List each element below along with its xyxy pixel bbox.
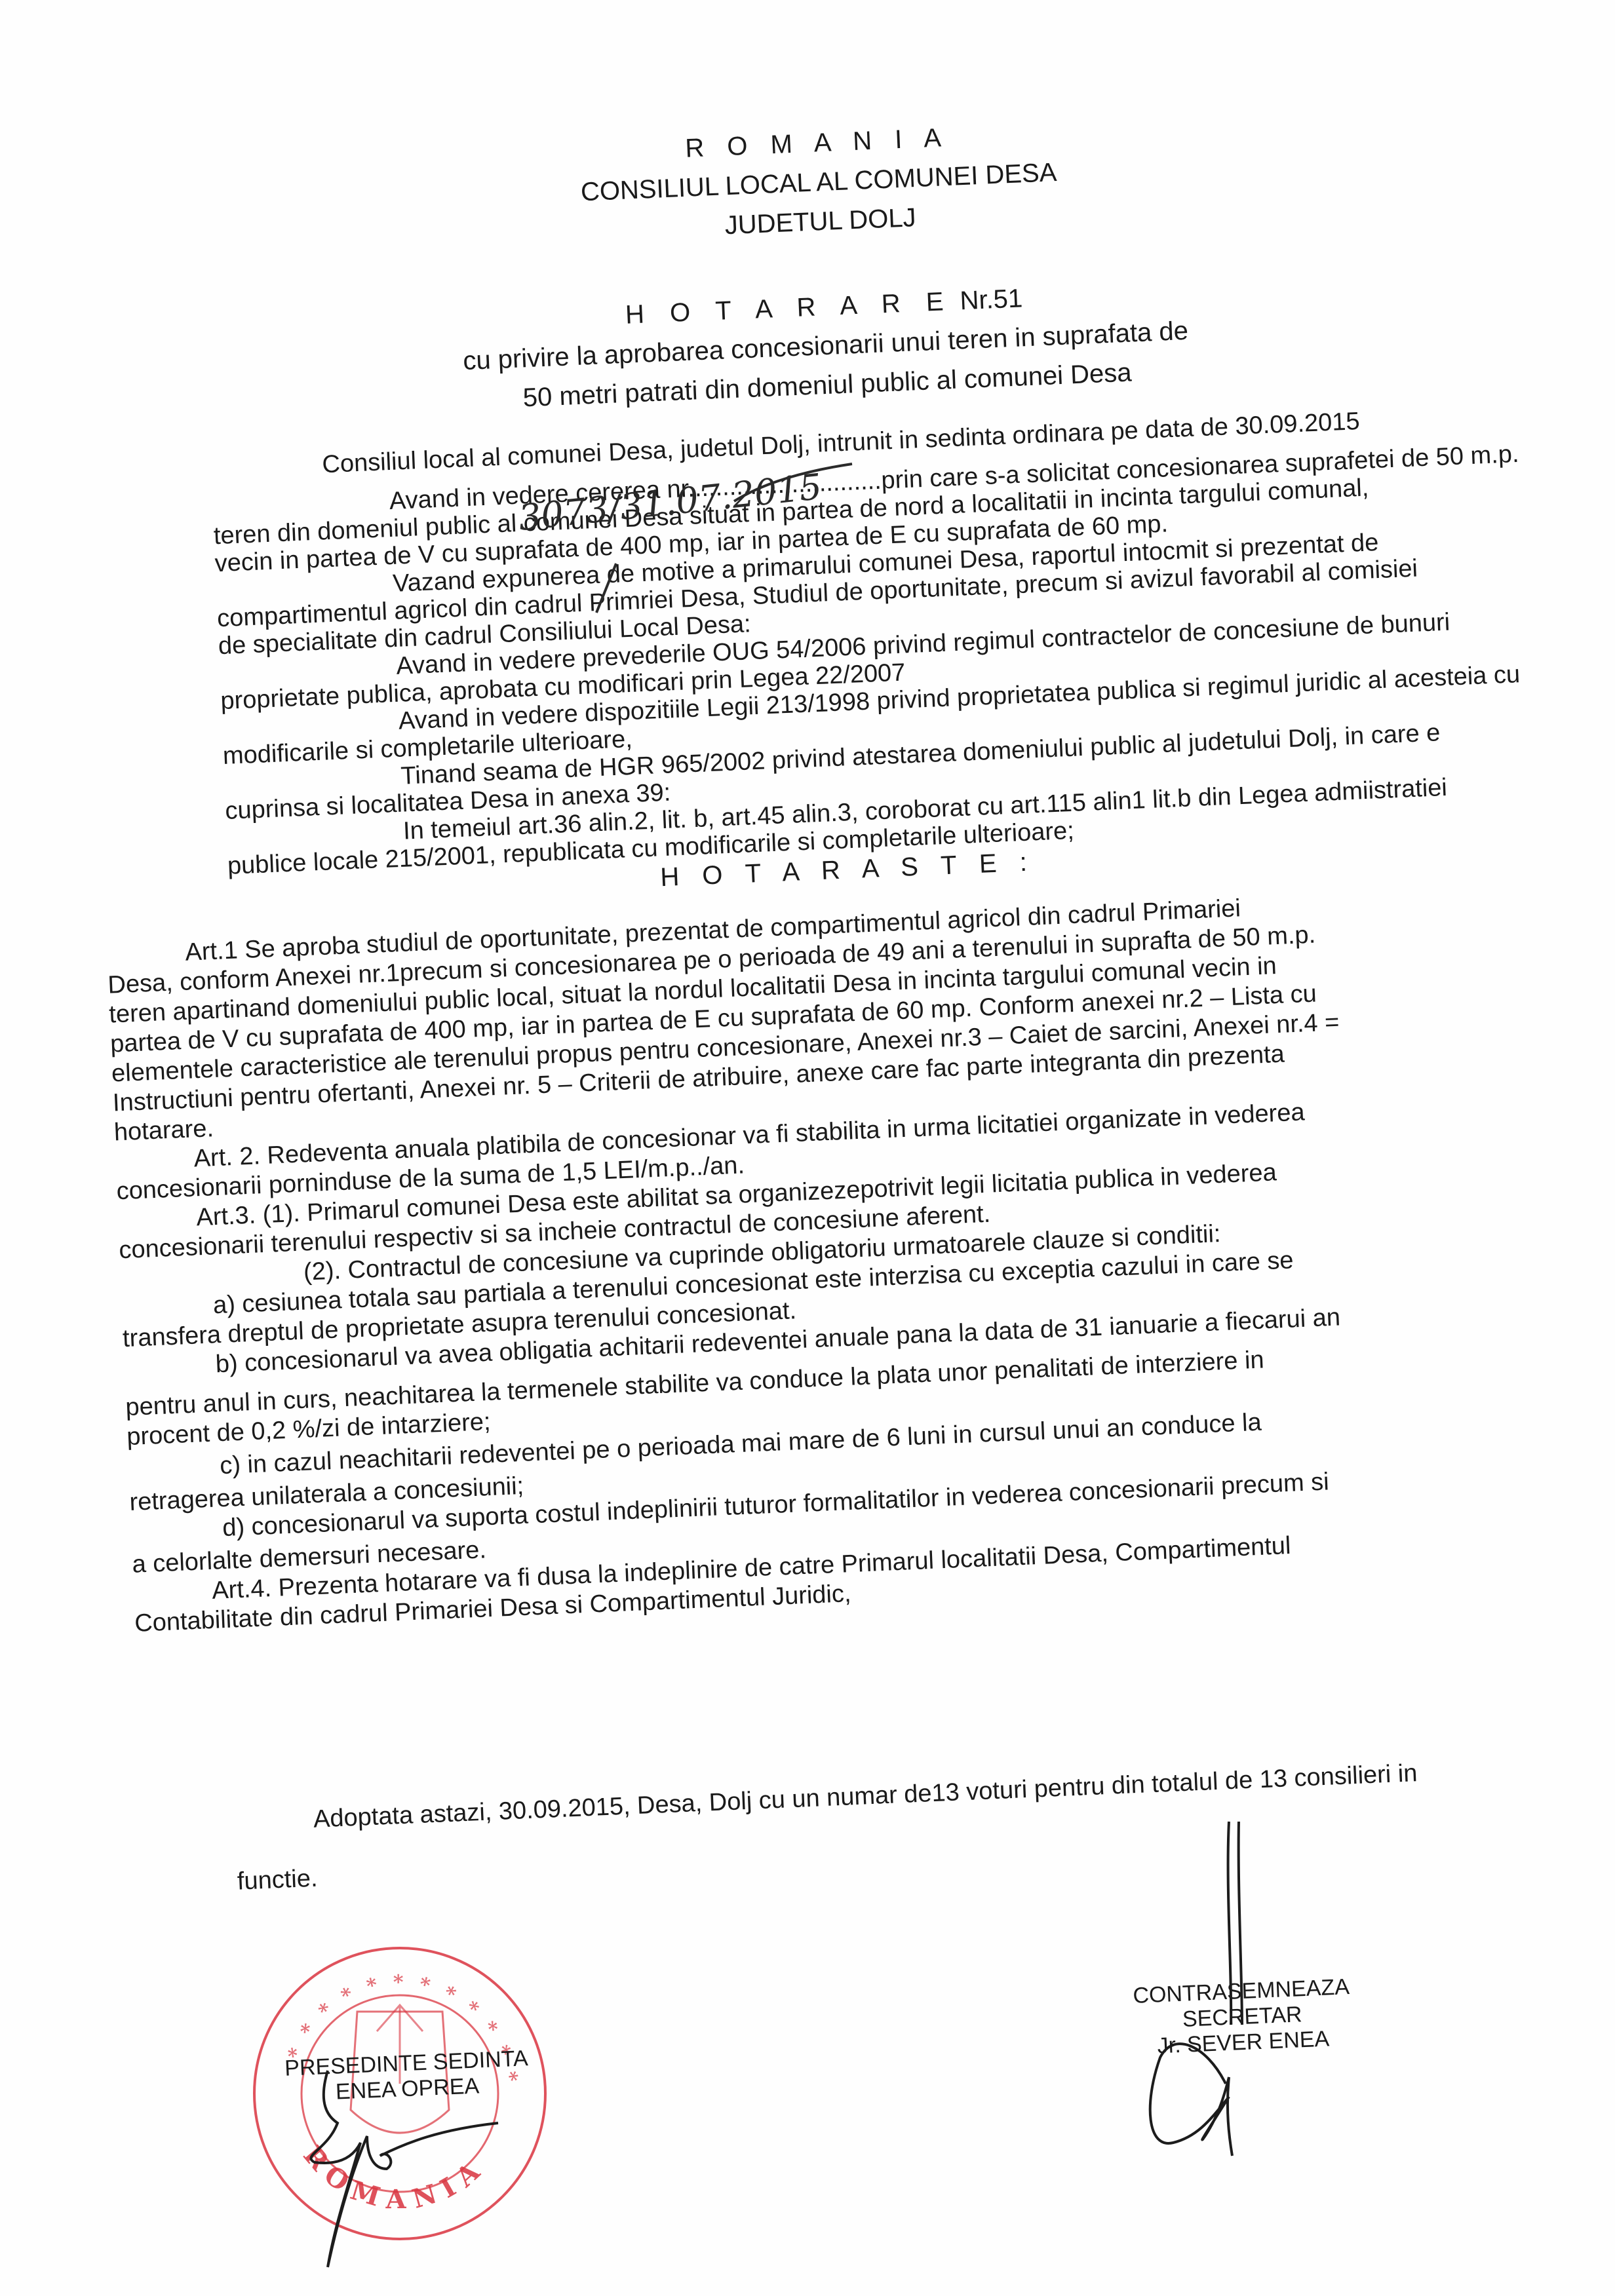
presiding-signature-block: PRESEDINTE SEDINTA ENEA OPREA bbox=[284, 2046, 530, 2107]
article-line: hotarare. bbox=[113, 1116, 214, 1145]
secretary-signature-block: CONTRASEMNEAZA SECRETAR Jr. SEVER ENEA bbox=[1133, 1974, 1352, 2060]
svg-text:ROMANIA: ROMANIA bbox=[297, 2140, 492, 2215]
title-word: H O T A R A R E bbox=[625, 287, 953, 330]
stamp-bottom-text: ROMANIA bbox=[297, 2140, 492, 2215]
country-text: R O M A N I A bbox=[685, 123, 950, 163]
scanned-page: R O M A N I A CONSILIUL LOCAL AL COMUNEI… bbox=[0, 0, 1615, 2296]
adoption-line-1: Adoptata astazi, 30.09.2015, Desa, Dolj … bbox=[234, 1761, 1418, 1835]
document-body: R O M A N I A CONSILIUL LOCAL AL COMUNEI… bbox=[164, 77, 1467, 131]
adoption-line-2: functie. bbox=[237, 1866, 318, 1894]
title-number: Nr.51 bbox=[960, 284, 1023, 315]
